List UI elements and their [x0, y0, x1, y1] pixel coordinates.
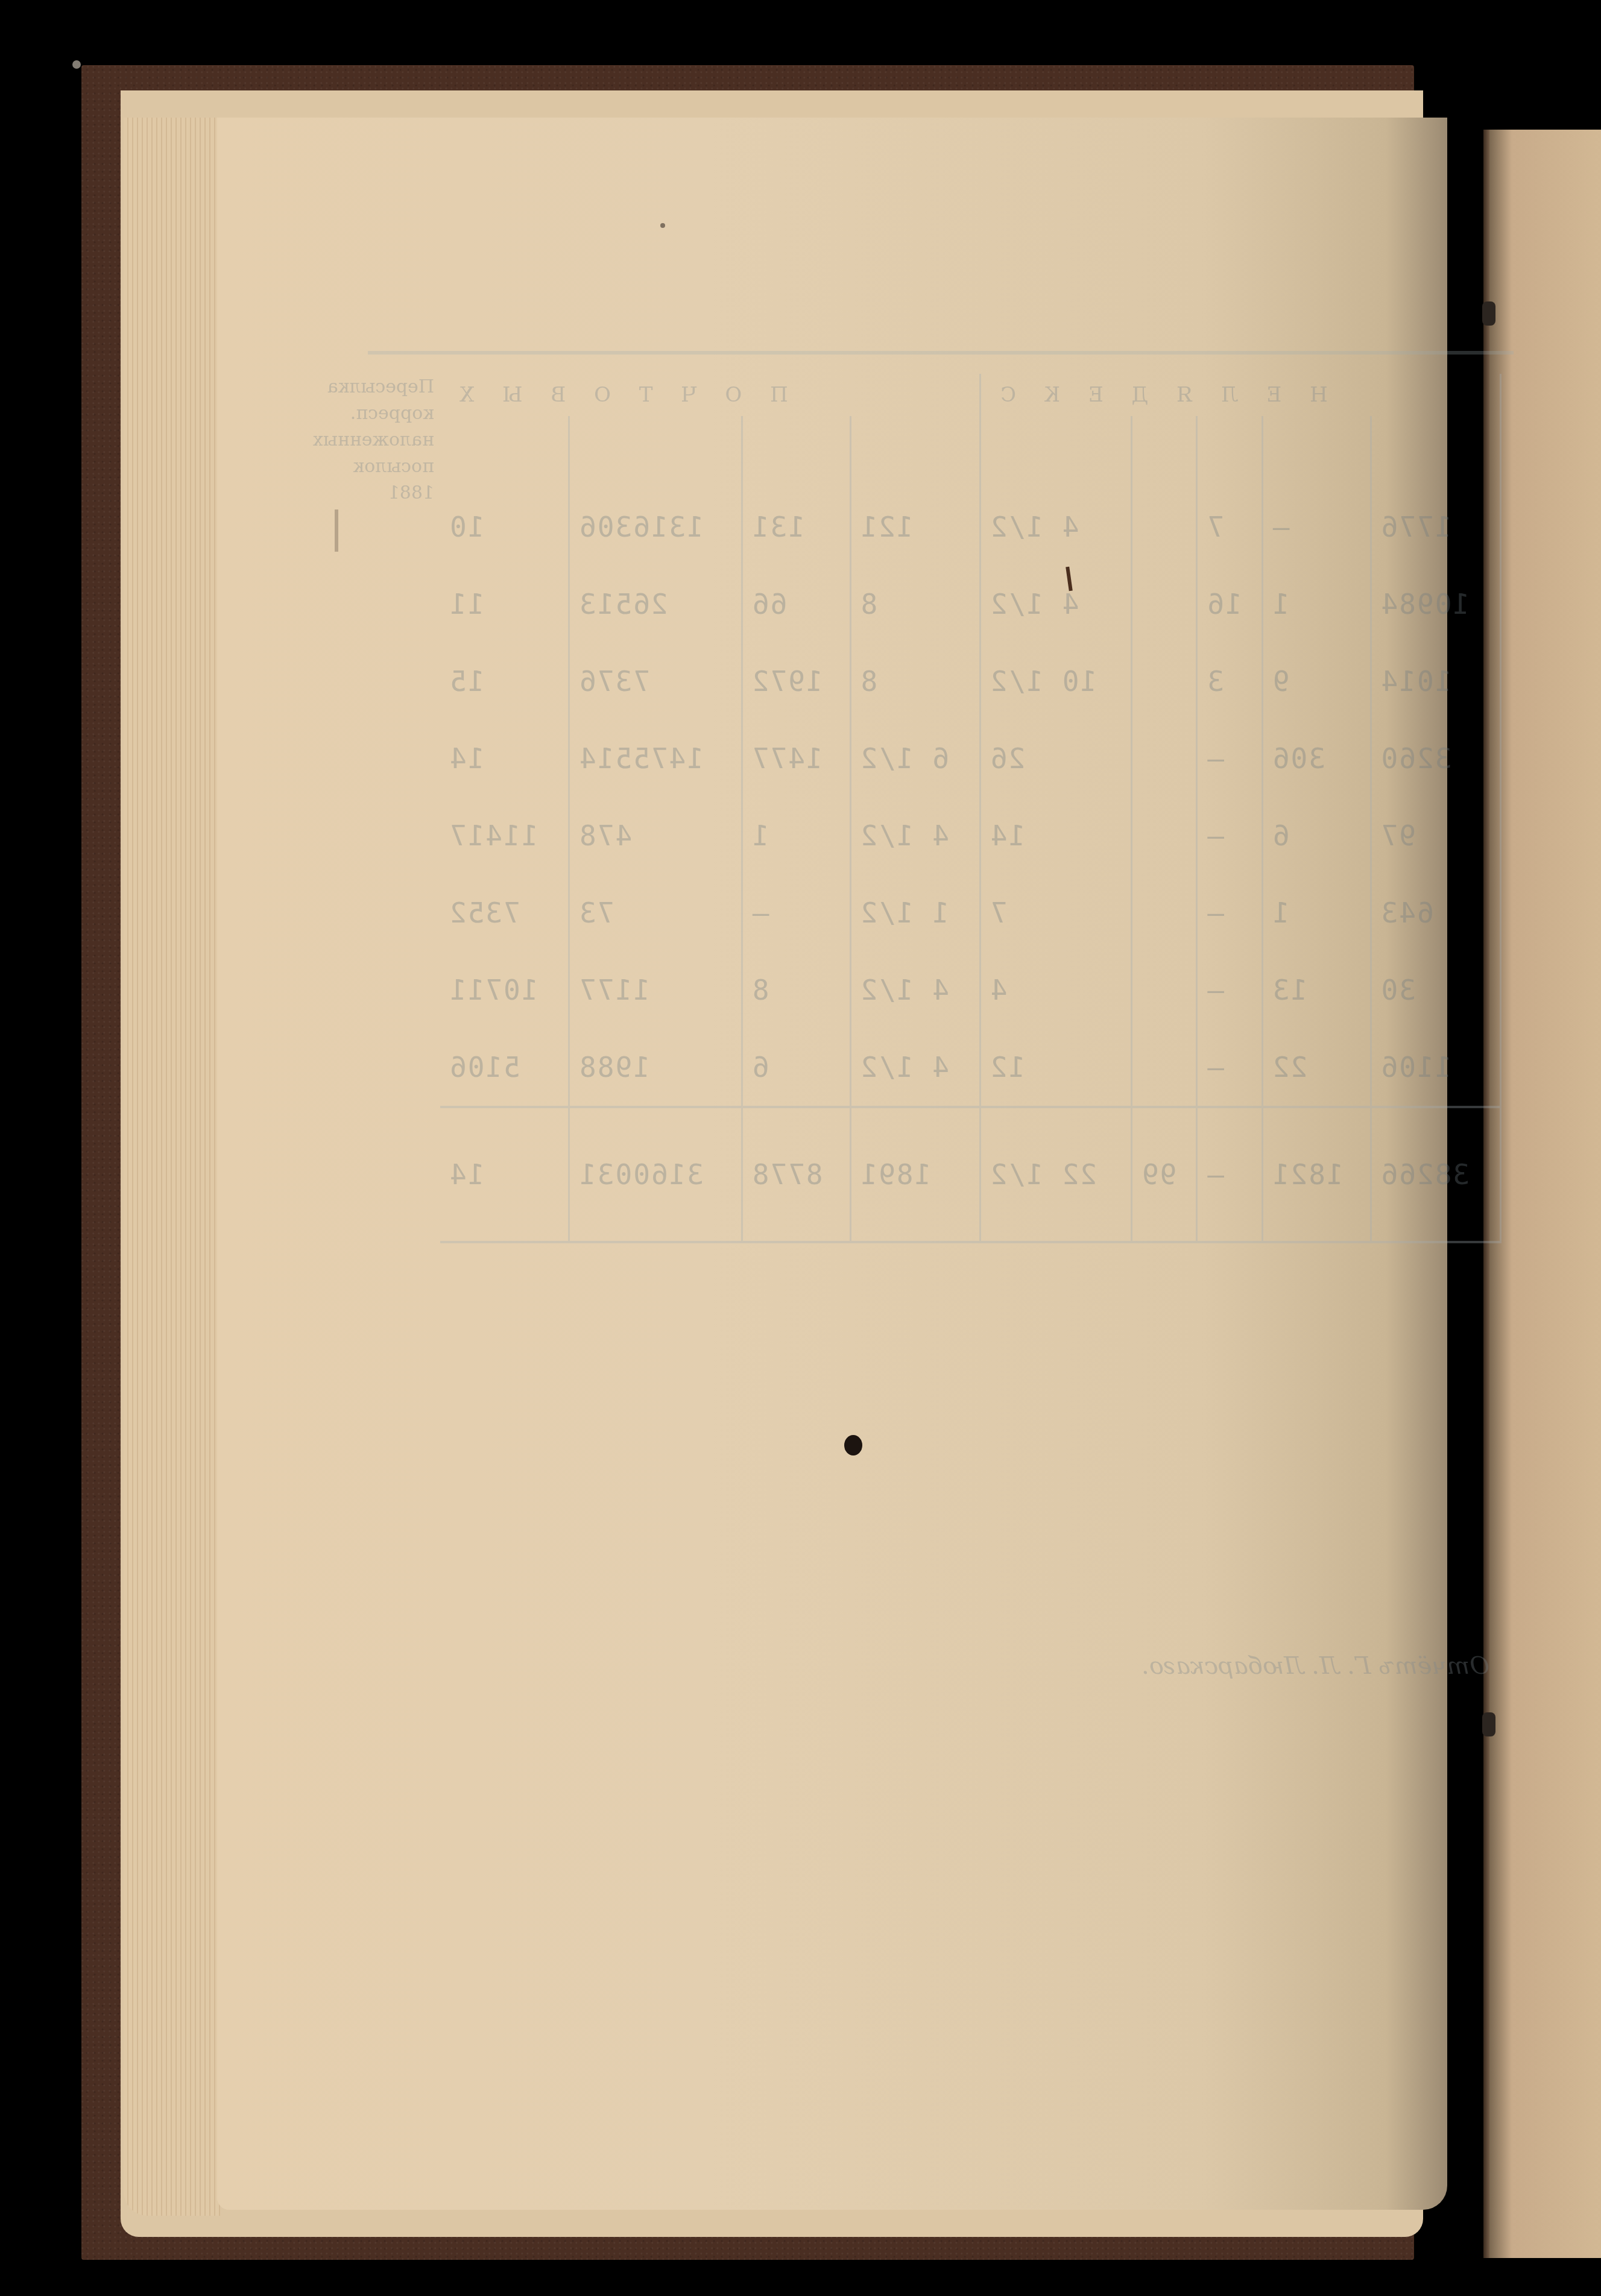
cell: 3: [1197, 643, 1262, 720]
cell: 73: [569, 874, 742, 951]
cell: [1131, 797, 1196, 874]
cell: 6: [1262, 797, 1371, 874]
cell: [1131, 488, 1196, 566]
speck: [660, 223, 665, 228]
cell: 1477: [742, 720, 850, 797]
cell: 30: [1371, 951, 1500, 1029]
cell: 4 1/2: [850, 1029, 980, 1107]
cell: 26513: [569, 566, 742, 643]
cell: 8: [850, 643, 980, 720]
cell: 1: [1262, 874, 1371, 951]
cell: —: [1197, 720, 1262, 797]
cell: 131: [742, 488, 850, 566]
cell: 1014: [1371, 643, 1500, 720]
table-row: 10984 1 16 4 1/2 8 66 26513 11: [440, 566, 1501, 643]
cell: —: [1197, 1029, 1262, 1107]
cell: —: [1197, 874, 1262, 951]
cell: 14: [980, 797, 1131, 874]
cell: [1131, 874, 1196, 951]
column-header: [1131, 416, 1196, 488]
cell: 8: [742, 951, 850, 1029]
cell: —: [1262, 488, 1371, 566]
header-group: Н Е Л Я Д Е К С: [980, 374, 1500, 416]
cell: 478: [569, 797, 742, 874]
facing-page-edge: [1489, 130, 1601, 2258]
cell: 7: [980, 874, 1131, 951]
cell: 10: [440, 488, 569, 566]
cell: 99: [1131, 1107, 1196, 1242]
cell: —: [1197, 951, 1262, 1029]
cell: 66: [742, 566, 850, 643]
total-row: 38266 1821 — 99 22 1/2 1891 8778 3160031…: [440, 1107, 1501, 1242]
cell: 10711: [440, 951, 569, 1029]
cell: 6: [742, 1029, 850, 1107]
cell: 3260: [1371, 720, 1500, 797]
column-header: [1371, 416, 1500, 488]
cell: 1177: [569, 951, 742, 1029]
cell: 9: [1262, 643, 1371, 720]
cell: [1131, 643, 1196, 720]
page-mark: [335, 509, 338, 552]
table-row: 1014 9 3 10 1/2 8 1972 7376 15: [440, 643, 1501, 720]
cell: 4 1/2: [980, 488, 1131, 566]
cell: 14: [440, 1107, 569, 1242]
side-label: корресп.: [313, 400, 434, 427]
cell: 8778: [742, 1107, 850, 1242]
table-row: 30 13 — 4 4 1/2 8 1177 10711: [440, 951, 1501, 1029]
cell: 1972: [742, 643, 850, 720]
table-row: 1776 — 7 4 1/2 121 131 1316306 10: [440, 488, 1501, 566]
ink-spot: [844, 1435, 862, 1455]
cell: 1988: [569, 1029, 742, 1107]
cell: 11417: [440, 797, 569, 874]
cell: 643: [1371, 874, 1500, 951]
side-label: посылок: [313, 453, 434, 480]
cell: [1131, 1029, 1196, 1107]
column-header: [569, 416, 742, 488]
column-header: [742, 416, 850, 488]
side-label: Пересылка: [313, 374, 434, 400]
cell: 5106: [440, 1029, 569, 1107]
cell: 8: [850, 566, 980, 643]
statistics-table: Н Е Л Я Д Е К С П О Ч Т О В Ы Х 1776 — 7: [440, 374, 1502, 1243]
cell: 10984: [1371, 566, 1500, 643]
cell: 1: [1262, 566, 1371, 643]
cell: 97: [1371, 797, 1500, 874]
cell: 1316306: [569, 488, 742, 566]
cell: 22: [1262, 1029, 1371, 1107]
cell: 306: [1262, 720, 1371, 797]
side-label: наложенных: [313, 427, 434, 453]
table-row: 1106 22 — 12 4 1/2 6 1988 5106: [440, 1029, 1501, 1107]
table-top-rule: [368, 351, 1514, 355]
cell: 4 1/2: [850, 951, 980, 1029]
cell: 6 1/2: [850, 720, 980, 797]
cell: 15: [440, 643, 569, 720]
cell: 10 1/2: [980, 643, 1131, 720]
side-labels: Пересылка корресп. наложенных посылок 18…: [313, 374, 434, 506]
header-group: П О Ч Т О В Ы Х: [440, 374, 980, 416]
column-header: [980, 416, 1131, 488]
side-label: 1881: [313, 480, 434, 506]
cell: 4 1/2: [850, 797, 980, 874]
cell: 4 1/2: [980, 566, 1131, 643]
binding-thread-icon: [1482, 301, 1495, 326]
cell: 12: [980, 1029, 1131, 1107]
footnote: Отчётъ Г. Л. Любарскаго.: [1142, 1652, 1489, 1680]
table-row: 97 6 — 14 4 1/2 1 478 11417: [440, 797, 1501, 874]
cell: 13: [1262, 951, 1371, 1029]
cell: 1 1/2: [850, 874, 980, 951]
cell: 38266: [1371, 1107, 1500, 1242]
cell: 1776: [1371, 488, 1500, 566]
column-header: [440, 416, 569, 488]
cell: 7376: [569, 643, 742, 720]
cell: 14: [440, 720, 569, 797]
cell: 1891: [850, 1107, 980, 1242]
cell: [1131, 951, 1196, 1029]
cell: —: [1197, 1107, 1262, 1242]
show-through-table: Н Е Л Я Д Е К С П О Ч Т О В Ы Х 1776 — 7: [374, 338, 1502, 1724]
cell: [1131, 566, 1196, 643]
cell: 1821: [1262, 1107, 1371, 1242]
cell: 11: [440, 566, 569, 643]
cell: 4: [980, 951, 1131, 1029]
column-header: [1197, 416, 1262, 488]
cell: 26: [980, 720, 1131, 797]
column-header: [1262, 416, 1371, 488]
table-row: 643 1 — 7 1 1/2 — 73 7352: [440, 874, 1501, 951]
cell: 1: [742, 797, 850, 874]
cover-corner-wear: [72, 60, 81, 69]
cell: 7352: [440, 874, 569, 951]
cell: 1106: [1371, 1029, 1500, 1107]
table-row: 3260 306 — 26 6 1/2 1477 1475514 14: [440, 720, 1501, 797]
page-edges: [124, 118, 220, 2216]
cell: 121: [850, 488, 980, 566]
cell: 22 1/2: [980, 1107, 1131, 1242]
cell: 16: [1197, 566, 1262, 643]
column-header: [850, 416, 980, 488]
cell: [1131, 720, 1196, 797]
cell: —: [1197, 797, 1262, 874]
cell: 1475514: [569, 720, 742, 797]
cell: 7: [1197, 488, 1262, 566]
cell: 3160031: [569, 1107, 742, 1242]
cell: —: [742, 874, 850, 951]
